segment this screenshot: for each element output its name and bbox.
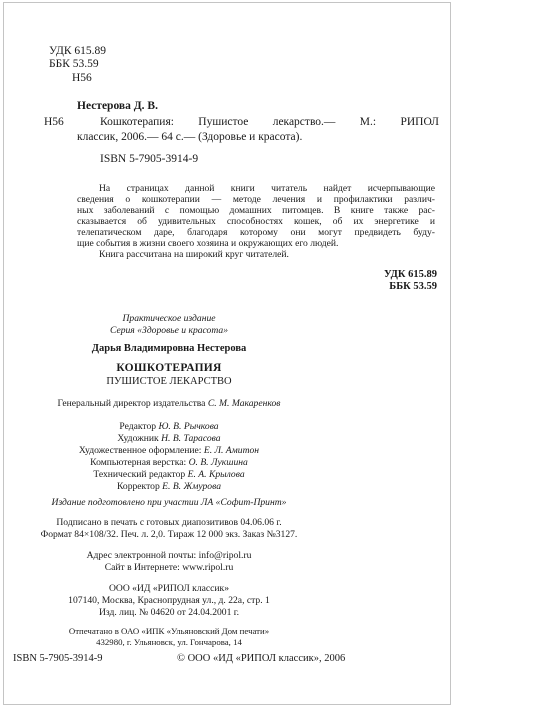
credit-line: Художник Н. В. Тарасова — [4, 433, 334, 444]
isbn-record: ISBN 5-7905-3914-9 — [100, 153, 198, 165]
role: Генеральный директор издательства — [58, 398, 206, 409]
credit-person: Н. В. Тарасова — [161, 433, 220, 444]
book-title: КОШКОТЕРАПИЯ — [4, 362, 334, 374]
description-line: Кошкотерапия: Пушистое лекарство.— М.: Р… — [100, 116, 439, 128]
publisher-line: Изд. лиц. № 04620 от 24.04.2001 г. — [4, 607, 334, 618]
email-line: Адрес электронной почты: info@ripol.ru — [4, 550, 334, 561]
printer-line: 432980, г. Ульяновск, ул. Гончарова, 14 — [4, 637, 334, 647]
bbk-bottom: ББК 53.59 — [389, 281, 437, 292]
credit-line: Технический редактор Е. А. Крылова — [4, 469, 334, 480]
prepared-with: Издание подготовлено при участии ЛА «Соф… — [4, 497, 334, 508]
author-sign: Н56 — [44, 116, 64, 128]
credit-line: Компьютерная верстка: О. В. Лукшина — [4, 457, 334, 468]
author-short: Нестерова Д. В. — [77, 100, 158, 112]
credit-role: Компьютерная верстка: — [90, 457, 186, 468]
credit-role: Корректор — [117, 481, 160, 492]
credit-role: Художник — [117, 433, 158, 444]
print-info-line: Подписано в печать с готовых диапозитиво… — [4, 517, 334, 528]
annotation-line: ных заболеваний с помощью домашних питом… — [77, 205, 435, 216]
footer-isbn: ISBN 5-7905-3914-9 — [13, 653, 103, 664]
author-sign-top: Н56 — [72, 72, 92, 84]
credit-person: Е. Л. Амитон — [204, 445, 259, 456]
annotation-line: телепатическом даре, благодаря которому … — [77, 227, 435, 238]
book-imprint-page: УДК 615.89 ББК 53.59 Н56 Нестерова Д. В.… — [3, 2, 451, 705]
annotation-line: На страницах данной книги читатель найде… — [99, 183, 435, 194]
credit-person: Ю. В. Рычкова — [158, 421, 218, 432]
printer-line: Отпечатано в ОАО «ИПК «Ульяновский Дом п… — [4, 626, 334, 636]
annotation-line: сведения о кошкотерапии — методе лечения… — [77, 194, 435, 205]
credit-role: Художественное оформление: — [79, 445, 202, 456]
credit-person: О. В. Лукшина — [189, 457, 248, 468]
credit-role: Редактор — [119, 421, 156, 432]
publisher-line: 107140, Москва, Краснопрудная ул., д. 22… — [4, 595, 334, 606]
footer-copyright: © ООО «ИД «РИПОЛ классик», 2006 — [177, 653, 345, 664]
description-line: классик, 2006.— 64 с.— (Здоровье и красо… — [77, 131, 302, 143]
annotation-line: сказывается об удивительных способностях… — [77, 216, 435, 227]
edition-type: Практическое издание — [4, 313, 334, 324]
credit-person: Е. В. Жмурова — [162, 481, 221, 492]
website-line: Сайт в Интернете: www.ripol.ru — [4, 562, 334, 573]
book-subtitle: ПУШИСТОЕ ЛЕКАРСТВО — [4, 376, 334, 387]
udk-bottom: УДК 615.89 — [384, 269, 437, 280]
author-full: Дарья Владимировна Нестерова — [4, 343, 334, 354]
annotation-line: Книга рассчитана на широкий круг читател… — [99, 249, 289, 260]
general-director: Генеральный директор издательства С. М. … — [4, 398, 334, 409]
credit-line: Художественное оформление: Е. Л. Амитон — [4, 445, 334, 456]
series: Серия «Здоровье и красота» — [4, 325, 334, 336]
bbk-top: ББК 53.59 — [49, 58, 99, 70]
credit-role: Технический редактор — [93, 469, 185, 480]
annotation-line: щие события в жизни своего хозяина и окр… — [77, 238, 338, 249]
credit-person: Е. А. Крылова — [188, 469, 245, 480]
udk-top: УДК 615.89 — [49, 45, 106, 57]
publisher-line: ООО «ИД «РИПОЛ классик» — [4, 583, 334, 594]
person: С. М. Макаренков — [208, 398, 281, 409]
credit-line: Редактор Ю. В. Рычкова — [4, 421, 334, 432]
credit-line: Корректор Е. В. Жмурова — [4, 481, 334, 492]
print-info-line: Формат 84×108/32. Печ. л. 2,0. Тираж 12 … — [4, 529, 334, 540]
